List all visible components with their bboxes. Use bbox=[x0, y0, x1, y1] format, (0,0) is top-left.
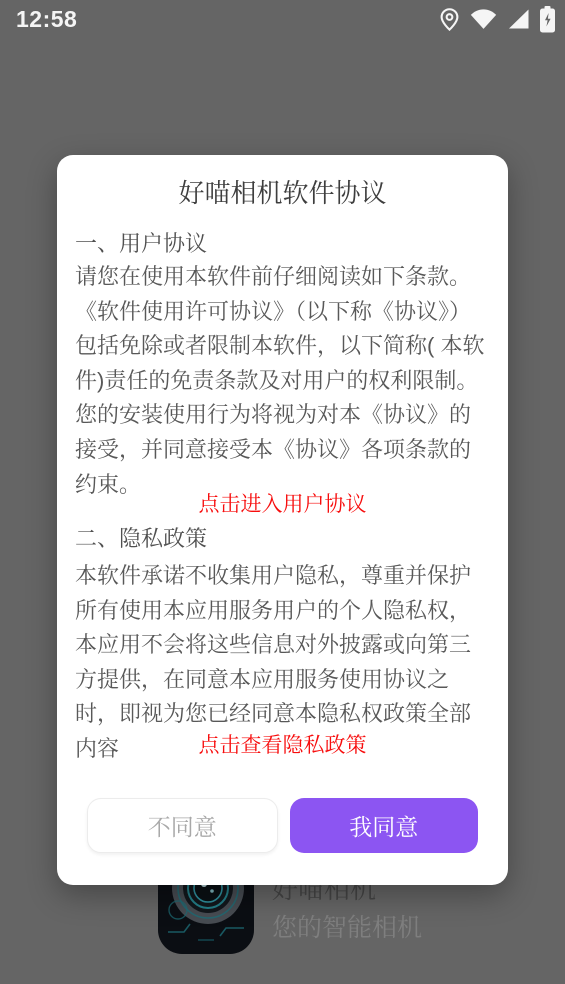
app-subtitle: 您的智能相机 bbox=[272, 908, 422, 944]
location-icon bbox=[440, 8, 459, 31]
privacy-policy-link[interactable]: 点击查看隐私政策 bbox=[57, 733, 508, 759]
disagree-button[interactable]: 不同意 bbox=[87, 798, 278, 853]
status-bar: 12:58 bbox=[0, 0, 565, 38]
clock: 12:58 bbox=[16, 6, 77, 33]
dialog-button-row: 不同意 我同意 bbox=[87, 798, 478, 853]
privacy-policy-heading: 二、隐私政策 bbox=[75, 526, 491, 552]
wifi-icon bbox=[470, 9, 497, 30]
user-agreement-heading: 一、用户协议 bbox=[75, 231, 491, 257]
user-agreement-link[interactable]: 点击进入用户协议 bbox=[57, 492, 508, 518]
dialog-title: 好喵相机软件协议 bbox=[57, 175, 508, 211]
agreement-dialog: 好喵相机软件协议 一、用户协议 请您在使用本软件前仔细阅读如下条款。《软件使用许… bbox=[57, 155, 508, 885]
screen: 12:58 bbox=[0, 0, 565, 984]
battery-charging-icon bbox=[540, 6, 555, 33]
agree-button[interactable]: 我同意 bbox=[290, 798, 479, 853]
cellular-signal-icon bbox=[508, 9, 529, 29]
user-agreement-body: 请您在使用本软件前仔细阅读如下条款。《软件使用许可协议》（以下称《协议》）包括免… bbox=[75, 260, 491, 502]
